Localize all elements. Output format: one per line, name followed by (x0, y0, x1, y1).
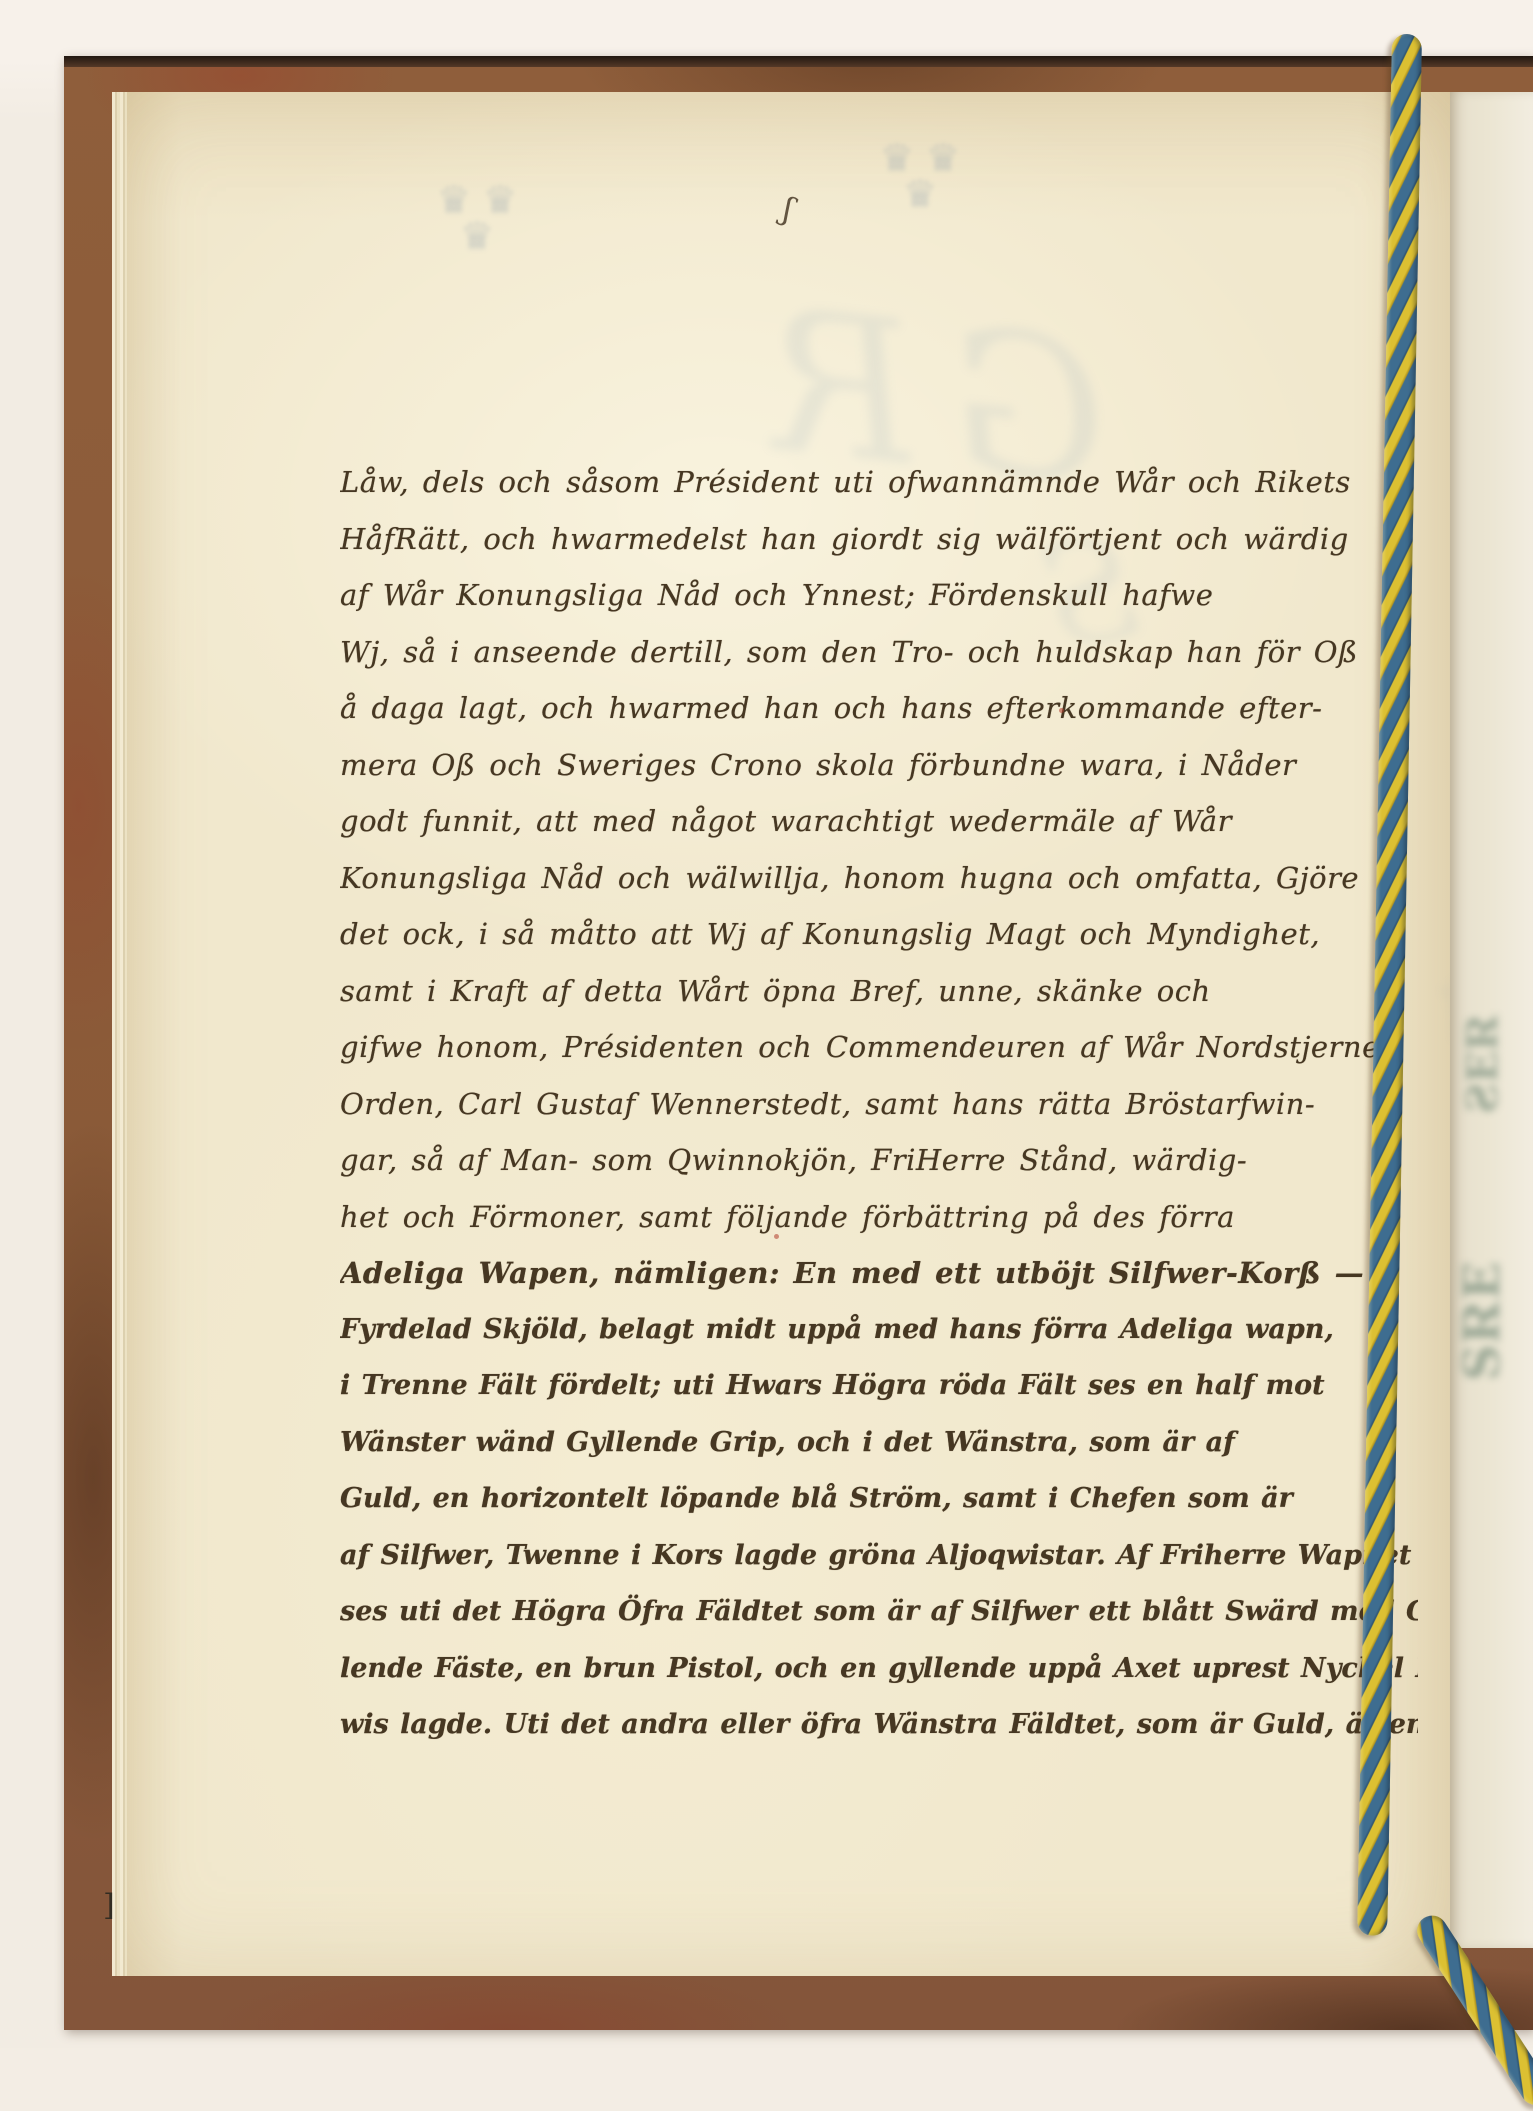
manuscript-line: ses uti det Högra Öfra Fäldtet som är af… (340, 1584, 1418, 1641)
manuscript-line: å daga lagt, och hwarmed han och hans ef… (340, 680, 1418, 737)
adjacent-page-edge: ЯƎS ƎЯƧ (1450, 92, 1533, 1948)
manuscript-line: gifwe honom, Présidenten och Commendeure… (340, 1019, 1418, 1076)
manuscript-line: mera Oß och Sweriges Crono skola förbund… (340, 737, 1418, 794)
pen-flourish-mark: ʃ (778, 190, 799, 229)
manuscript-line: samt i Kraft af detta Wårt öpna Bref, un… (340, 963, 1418, 1020)
stacked-page-edges (112, 92, 127, 1976)
manuscript-line: godt funnit, att med något warachtigt we… (340, 793, 1418, 850)
manuscript-line: lende Fäste, en brun Pistol, och en gyll… (340, 1641, 1418, 1698)
manuscript-line: Fyrdelad Skjöld, belagt midt uppå med ha… (340, 1302, 1418, 1359)
manuscript-line: Låw, dels och såsom Président uti ofwann… (340, 454, 1418, 511)
parchment-page: ♛ ♛ ♛ ♛ ♛ ♛ GR S ♛ ʃ Låw, dels och såsom… (112, 92, 1450, 1976)
manuscript-line: Konungsliga Nåd och wälwillja, honom hug… (340, 850, 1418, 907)
manuscript-line: het och Förmoner, samt följande förbättr… (340, 1189, 1418, 1246)
leather-top-rim (64, 56, 1533, 67)
margin-bracket-mark: ] (103, 1888, 115, 1923)
manuscript-line: det ock, i så måtto att Wj af Konungslig… (340, 906, 1418, 963)
manuscript-line: af Wår Konungsliga Nåd och Ynnest; Förde… (340, 567, 1418, 624)
ghost-crown-icon: ♛ ♛ (397, 182, 557, 218)
manuscript-line: i Trenne Fält fördelt; uti Hwars Högra r… (340, 1358, 1418, 1415)
ghost-crowns-left: ♛ ♛ ♛ (397, 182, 557, 254)
red-ink-speck (774, 1234, 779, 1239)
red-ink-speck (1059, 708, 1064, 713)
ghost-crown-icon: ♛ (840, 176, 1000, 212)
ghost-stamp: ƎЯƧ (1452, 1262, 1511, 1380)
manuscript-line: Wj, så i anseende dertill, som den Tro- … (340, 624, 1418, 681)
scanned-manuscript-photo: ♛ ♛ ♛ ♛ ♛ ♛ GR S ♛ ʃ Låw, dels och såsom… (0, 0, 1533, 2048)
manuscript-line: af Silfwer, Twenne i Kors lagde gröna Al… (340, 1528, 1418, 1585)
manuscript-line: Adeliga Wapen, nämligen: En med ett utbö… (340, 1245, 1418, 1302)
ghost-crown-icon: ♛ (397, 218, 557, 254)
manuscript-line: Guld, en horizontelt löpande blå Ström, … (340, 1471, 1418, 1528)
ghost-stamp: ЯƎS (1458, 1014, 1507, 1113)
manuscript-text: Låw, dels och såsom Président uti ofwann… (340, 454, 1418, 1754)
ghost-crown-icon: ♛ ♛ (840, 140, 1000, 176)
manuscript-line: wis lagde. Uti det andra eller öfra Wäns… (340, 1697, 1418, 1754)
manuscript-line: Orden, Carl Gustaf Wennerstedt, samt han… (340, 1076, 1418, 1133)
ghost-crowns-right: ♛ ♛ ♛ (840, 140, 1000, 212)
manuscript-line: Wänster wänd Gyllende Grip, och i det Wä… (340, 1415, 1418, 1472)
manuscript-line: HåfRätt, och hwarmedelst han giordt sig … (340, 511, 1418, 568)
manuscript-line: gar, så af Man- som Qwinnokjön, FriHerre… (340, 1132, 1418, 1189)
